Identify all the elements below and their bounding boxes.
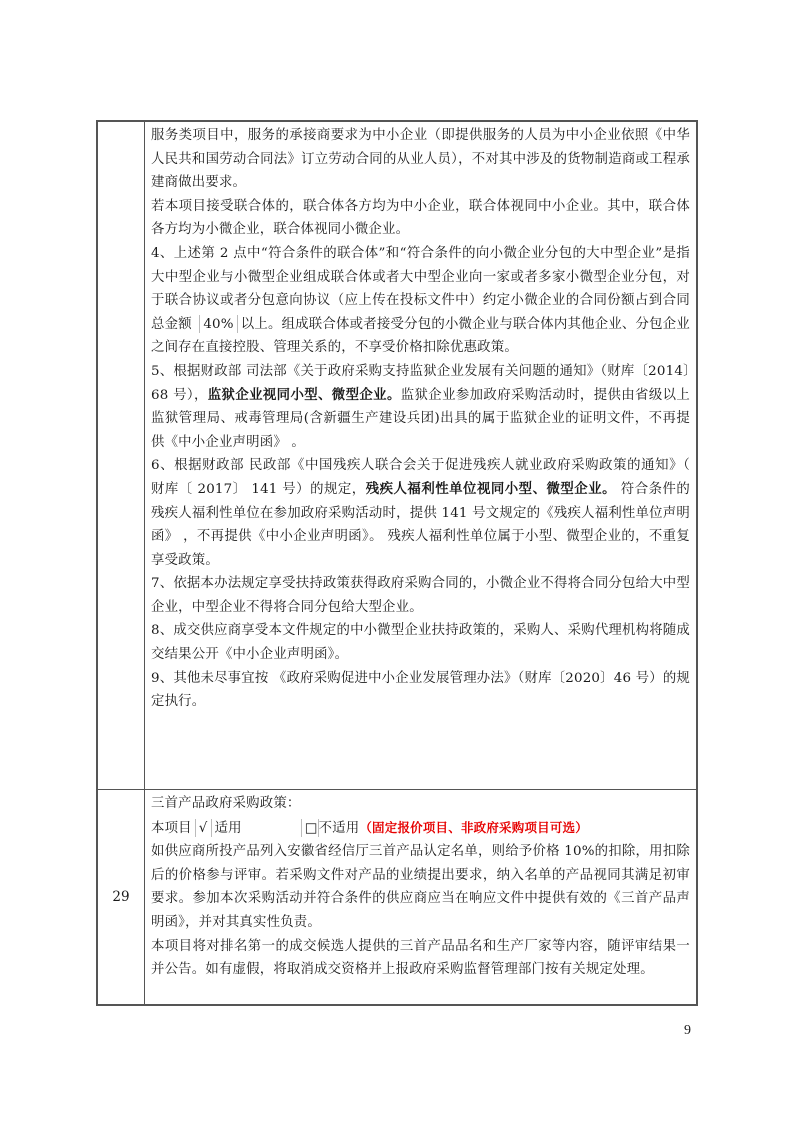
text: 如供应商所投产品列入安徽省经信厅三首产品认定名单，则给予价格 10%的扣除，用扣… (151, 844, 690, 930)
paragraph-item-4: 4、上述第 2 点中“符合条件的联合体”和“符合条件的向小微企业分包的大中型企业… (151, 242, 690, 360)
page-number: 9 (684, 1023, 691, 1039)
applicable-label: 适用 (215, 821, 242, 836)
cursor-mark (237, 315, 238, 333)
option-prefix: 本项目 (151, 821, 192, 836)
paragraph-item-9: 9、其他未尽事宜按 《政府采购促进中小企业发展管理办法》（财库〔2020〕46 … (151, 667, 690, 714)
percentage-value: 40% (203, 317, 233, 332)
bold-text: 监狱企业视同小型、微型企业。 (208, 387, 401, 403)
section-heading: 三首产品政府采购政策： (151, 792, 690, 816)
paragraph-service-projects: 服务类项目中，服务的承接商要求为中小企业（即提供服务的人员为中小企业依照《中华人… (151, 124, 690, 195)
text: 本项目将对排名第一的成交候选人提供的三首产品品名和生产厂家等内容，随评审结果一并… (151, 939, 690, 978)
paragraph-item-8: 8、成交供应商享受本文件规定的中小微型企业扶持政策的，采购人、采购代理机构将随成… (151, 619, 690, 666)
paragraph-item-5: 5、根据财政部 司法部《关于政府采购支持监狱企业发展有关问题的通知》（财库〔20… (151, 360, 690, 454)
table-row: 29 三首产品政府采购政策： 本项目√适用□不适用（固定报价项目、非政府采购项目… (97, 790, 697, 1006)
paragraph-consortium: 若本项目接受联合体的，联合体各方均为中小企业，联合体视同中小企业。其中，联合体各… (151, 195, 690, 242)
row-content-cell: 三首产品政府采购政策： 本项目√适用□不适用（固定报价项目、非政府采购项目可选）… (145, 790, 698, 1006)
paragraph-price-deduction: 如供应商所投产品列入安徽省经信厅三首产品认定名单，则给予价格 10%的扣除，用扣… (151, 840, 690, 934)
text: 8、成交供应商享受本文件规定的中小微型企业扶持政策的，采购人、采购代理机构将随成… (151, 623, 690, 662)
checkbox-icon[interactable]: □ (305, 821, 318, 836)
option-note: （固定报价项目、非政府采购项目可选） (359, 820, 588, 835)
cursor-mark (195, 819, 196, 837)
applicability-option-line: 本项目√适用□不适用（固定报价项目、非政府采购项目可选） (151, 816, 690, 841)
cursor-mark (211, 819, 212, 837)
paragraph-item-7: 7、依据本办法规定享受扶持政策获得政府采购合同的，小微企业不得将合同分包给大中型… (151, 572, 690, 619)
bold-text: 残疾人福利性单位视同小型、微型企业。 (366, 481, 616, 497)
text: 若本项目接受联合体的，联合体各方均为中小企业，联合体视同中小企业。其中，联合体各… (151, 199, 690, 238)
policy-table: 服务类项目中，服务的承接商要求为中小企业（即提供服务的人员为中小企业依照《中华人… (96, 120, 698, 1006)
checkmark-icon[interactable]: √ (199, 821, 208, 836)
table-row: 服务类项目中，服务的承接商要求为中小企业（即提供服务的人员为中小企业依照《中华人… (97, 121, 697, 790)
document-page: 服务类项目中，服务的承接商要求为中小企业（即提供服务的人员为中小企业依照《中华人… (0, 0, 794, 1122)
text: 服务类项目中，服务的承接商要求为中小企业（即提供服务的人员为中小企业依照《中华人… (151, 128, 690, 190)
cursor-mark (301, 819, 302, 837)
text: 9、其他未尽事宜按 《政府采购促进中小企业发展管理办法》（财库〔2020〕46 … (151, 671, 690, 710)
cursor-mark (199, 315, 200, 333)
text: 7、依据本办法规定享受扶持政策获得政府采购合同的，小微企业不得将合同分包给大中型… (151, 576, 690, 615)
row-content-cell: 服务类项目中，服务的承接商要求为中小企业（即提供服务的人员为中小企业依照《中华人… (145, 121, 698, 790)
row-number-cell (97, 121, 145, 790)
paragraph-item-6: 6、根据财政部 民政部《中国残疾人联合会关于促进残疾人就业政府采购政策的通知》（… (151, 454, 690, 572)
paragraph-announcement: 本项目将对排名第一的成交候选人提供的三首产品品名和生产厂家等内容，随评审结果一并… (151, 935, 690, 982)
row-number-cell: 29 (97, 790, 145, 1006)
not-applicable-label: 不适用 (319, 821, 360, 836)
